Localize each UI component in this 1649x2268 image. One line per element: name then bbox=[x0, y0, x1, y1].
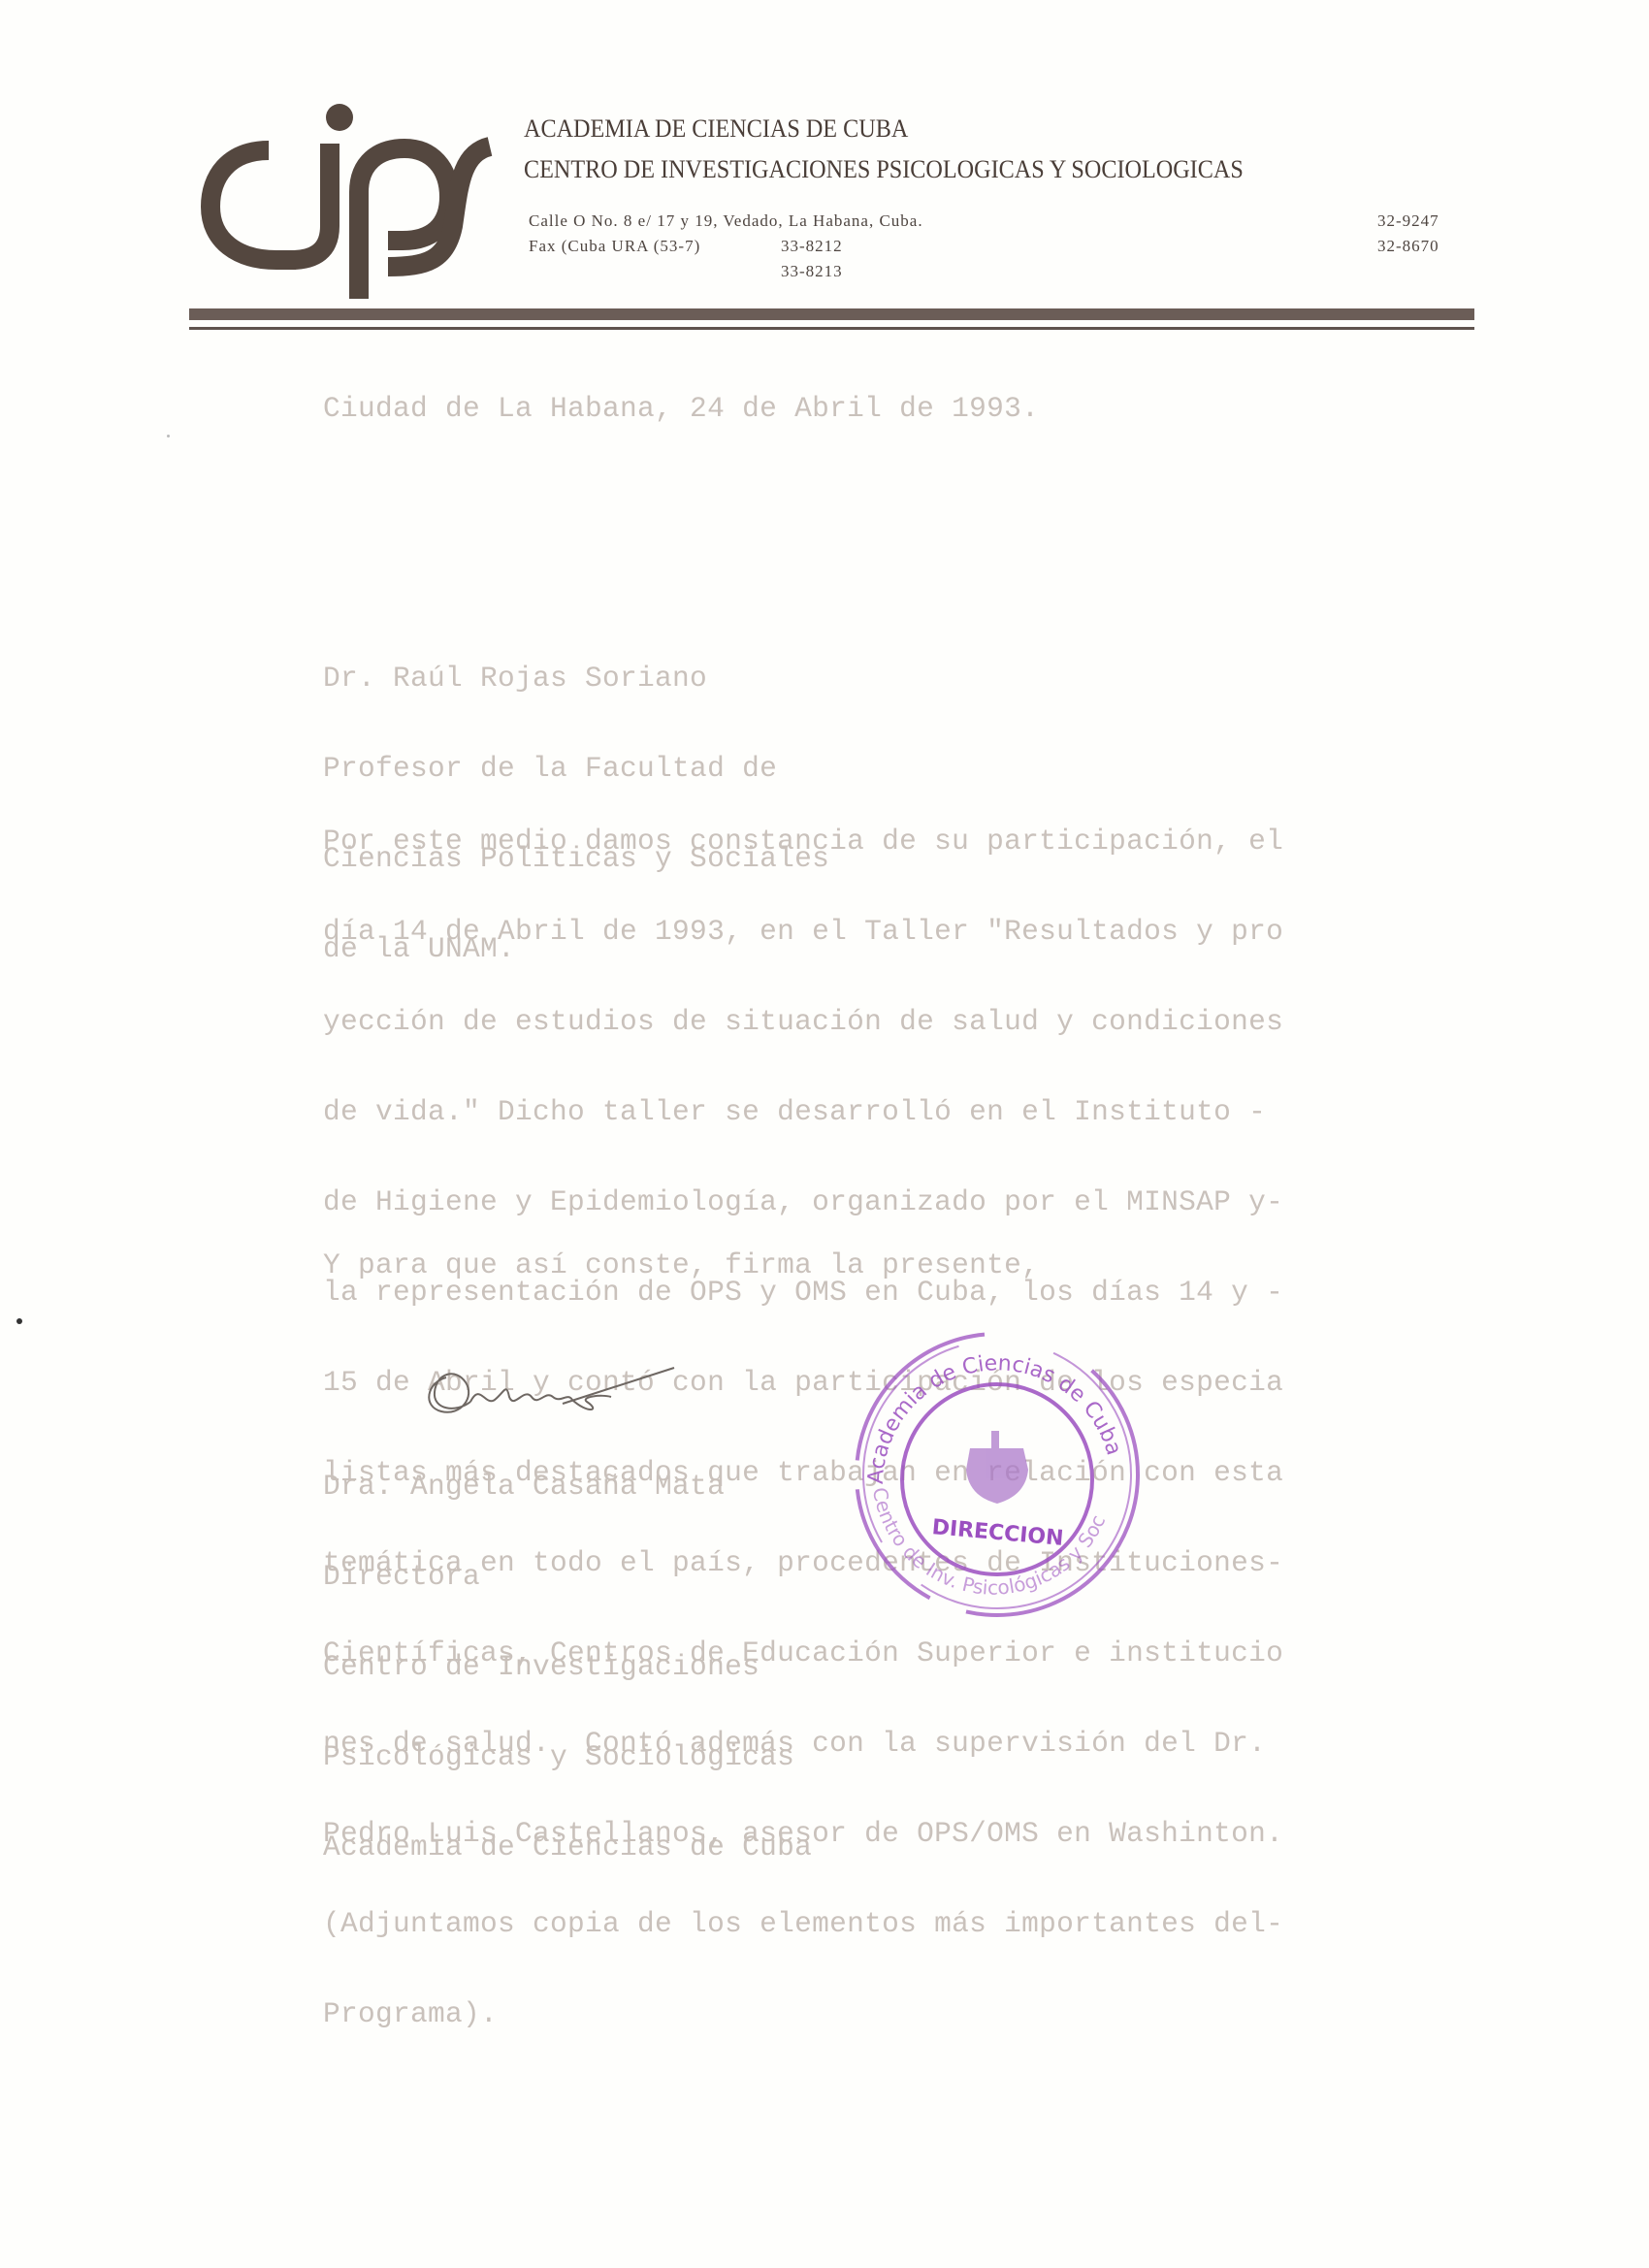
signatory-org-line: Centro de Investigaciones bbox=[323, 1652, 812, 1682]
stamp-center-text: DIRECCION bbox=[931, 1515, 1065, 1551]
scan-speck bbox=[167, 435, 170, 437]
body-line: día 14 de Abril de 1993, en el Taller "R… bbox=[323, 917, 1283, 947]
phone-number-1: 32-9247 bbox=[1377, 211, 1439, 231]
fax-label: Fax (Cuba URA (53-7) bbox=[529, 237, 700, 256]
body-line: Programa). bbox=[323, 1999, 1283, 2029]
closing-line: Y para que así conste, firma la presente… bbox=[323, 1250, 1039, 1280]
signatory-org-line: Academia de Ciencias de Cuba bbox=[323, 1832, 812, 1863]
signatory-block: Dra. Angela Casaña Mata Directora Centro… bbox=[323, 1411, 812, 1923]
letter-page: ACADEMIA DE CIENCIAS DE CUBA CENTRO DE I… bbox=[0, 0, 1649, 2268]
phone-number-2: 32-8670 bbox=[1377, 237, 1439, 256]
header-rule-thick bbox=[189, 308, 1474, 320]
signatory-org-line: Psicológicas y Sociológicas bbox=[323, 1742, 812, 1772]
cips-logo-icon bbox=[199, 100, 495, 304]
fax-number-1: 33-8212 bbox=[781, 237, 843, 256]
letter-date: Ciudad de La Habana, 24 de Abril de 1993… bbox=[323, 394, 1039, 424]
scan-speck bbox=[16, 1318, 22, 1324]
body-line: yección de estudios de situación de salu… bbox=[323, 1007, 1283, 1037]
org-name: ACADEMIA DE CIENCIAS DE CUBA bbox=[524, 114, 908, 144]
official-stamp-icon: Academia de Ciencias de Cuba Centro de I… bbox=[824, 1314, 1164, 1635]
body-line: la representación de OPS y OMS en Cuba, … bbox=[323, 1278, 1283, 1308]
body-line: Por este medio damos constancia de su pa… bbox=[323, 826, 1283, 857]
org-address: Calle O No. 8 e/ 17 y 19, Vedado, La Hab… bbox=[529, 211, 923, 231]
signatory-name: Dra. Angela Casaña Mata bbox=[323, 1472, 812, 1502]
org-center-name: CENTRO DE INVESTIGACIONES PSICOLOGICAS Y… bbox=[524, 155, 1244, 184]
fax-number-2: 33-8213 bbox=[781, 262, 843, 281]
signatory-title: Directora bbox=[323, 1562, 812, 1592]
body-line: de Higiene y Epidemiología, organizado p… bbox=[323, 1187, 1283, 1217]
body-line: de vida." Dicho taller se desarrolló en … bbox=[323, 1097, 1283, 1127]
addressee-line: Dr. Raúl Rojas Soriano bbox=[323, 664, 829, 694]
header-rule-thin bbox=[189, 327, 1474, 330]
